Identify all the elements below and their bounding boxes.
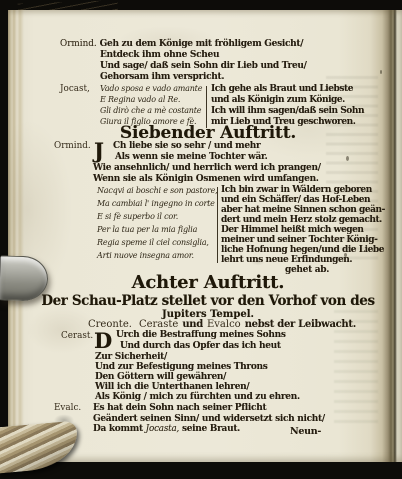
cast-description: nebst der Leibwacht.	[245, 319, 356, 330]
speaker-label: Jocast,	[60, 85, 90, 94]
aria-line-italian: Arti nuove insegna amor.	[97, 252, 194, 260]
aria-line-italian: Gli dirò che a mè costante	[100, 107, 201, 115]
aria-line-italian: Ma cambiai l' ingegno in corte	[97, 200, 215, 208]
book-page: Ormind.Geh zu dem Könige mit fröhligem G…	[8, 10, 402, 462]
drop-cap-initial: J	[94, 140, 104, 161]
dialogue-line: Und durch das Opfer das ich heut	[120, 342, 281, 351]
aria-line-italian: Vado sposa e vado amante	[100, 85, 202, 93]
aria-line-italian: Per la tua per la mia figlia	[97, 226, 197, 234]
dialogue-line: Wenn sie als Königin Osmenen wird umfang…	[93, 175, 319, 184]
catchword: Neun-	[290, 427, 321, 437]
dialogue-line: Als König / mich zu fürchten und zu ehre…	[95, 393, 300, 402]
line-text: Geh zu dem Könige mit fröhligem Gesicht/	[100, 39, 304, 49]
ink-speck	[380, 70, 382, 74]
dialogue-line: Gehorsam ihm verspricht.	[100, 73, 224, 82]
dialogue-line: Wie ansehnlich/ und herrlich werd ich pr…	[93, 164, 321, 173]
aria-line-german: und als Königin zum Könige.	[211, 96, 345, 105]
cast-list-line: Creonte.CerasteundEvalconebst der Leibwa…	[88, 320, 356, 331]
aria-line-italian: Nacqvi ai boschi e son pastore,	[97, 187, 217, 195]
dialogue-line: Da kommt Jocasta, seine Braut.	[93, 425, 240, 434]
speaker-label: Cerast.	[61, 332, 93, 341]
scanner-background: Ormind.Geh zu dem Könige mit fröhligem G…	[0, 0, 402, 479]
column-divider-rule	[217, 187, 218, 263]
dialogue-line: Ch liebe sie so sehr / und mehr	[113, 142, 260, 151]
speaker-label: Evalc.	[54, 404, 81, 413]
setting-description: Der Schau-Platz stellet vor den Vorhof v…	[22, 293, 394, 309]
dialogue-line: Als wenn sie meine Tochter wär.	[115, 153, 268, 162]
line-text: Da kommt	[93, 424, 146, 434]
column-divider-rule	[206, 86, 207, 128]
ink-speck	[346, 156, 349, 161]
character-name-antiqua: Jocasta,	[146, 424, 180, 434]
dialogue-line: Entdeck ihm ohne Scheu	[100, 51, 219, 60]
page-edge-stack-bottom	[0, 421, 80, 474]
aria-line-italian: Regia speme il ciel consiglia,	[97, 239, 209, 247]
aria-line-german: Ich gehe als Braut und Liebste	[211, 85, 353, 94]
dialogue-line: Und sage/ daß sein Sohn dir Lieb und Tre…	[100, 62, 307, 71]
speaker-label: Ormind.	[54, 142, 91, 151]
dialogue-line: Urch die Bestraffung meines Sohns	[116, 331, 286, 340]
cast-conjunction: und	[182, 319, 203, 330]
speaker-label: Ormind.	[60, 39, 97, 49]
cast-name: Ceraste	[139, 319, 178, 330]
dialogue-line: Es hat dein Sohn nach seiner Pflicht	[93, 404, 266, 413]
aria-line-italian: E Regina vado al Re.	[100, 96, 180, 104]
line-text: seine Braut.	[179, 424, 240, 434]
drop-cap-initial: D	[94, 330, 112, 351]
aria-line-italian: E si fè superbo il cor.	[97, 213, 178, 221]
aria-line-german: Ich will ihm sagen/daß sein Sohn	[211, 107, 364, 116]
scene-heading-eight: Achter Auftritt.	[22, 272, 394, 293]
dialogue-line: Ormind.Geh zu dem Könige mit fröhligem G…	[60, 40, 303, 49]
scene-heading-seven: Siebender Auftritt.	[22, 123, 394, 143]
cast-name: Evalco	[207, 319, 241, 330]
